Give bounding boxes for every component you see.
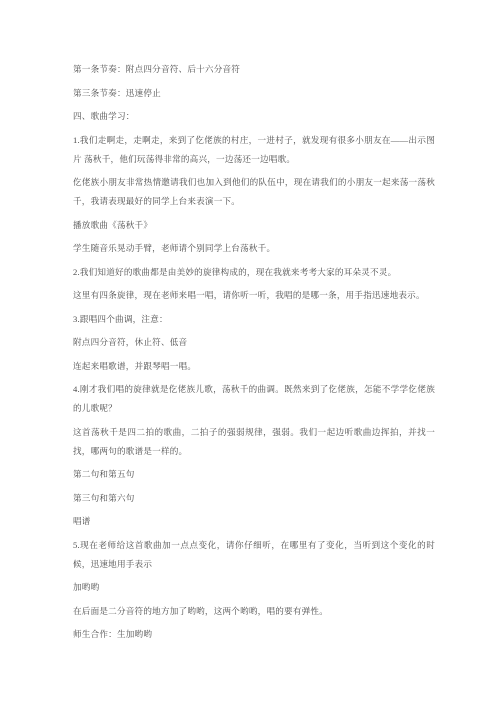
step-3-sing-along: 3.跟唱四个曲调，注意： bbox=[73, 310, 435, 329]
melody-listening-task: 这里有四条旋律，现在老师来唱一唱，请你听一听，我唱的是哪一条，用手指迅速地表示。 bbox=[73, 286, 435, 305]
sing-notation-label: 唱谱 bbox=[73, 512, 435, 531]
step-4-gelao-song-intro: 4.刚才我们唱的旋律就是仡佬族儿歌，荡秋千的曲调。既然来到了仡佬族，怎能不学学仡… bbox=[73, 380, 435, 418]
section-heading-song-learning: 四、歌曲学习： bbox=[73, 107, 435, 126]
step-2-melody-intro: 2.我们知道好的歌曲都是由美妙的旋律构成的，现在我就来考考大家的耳朵灵不灵。 bbox=[73, 263, 435, 282]
answer-phrase-2-and-5: 第二句和第五句 bbox=[73, 465, 435, 484]
rhythm-line-first: 第一条节奏：附点四分音符、后十六分音符 bbox=[73, 60, 435, 79]
answer-phrase-3-and-6: 第三句和第六句 bbox=[73, 489, 435, 508]
teacher-student-cooperation: 师生合作：生加哟哟 bbox=[73, 625, 435, 644]
sing-score-with-piano: 连起来唱歌谱，并跟琴唱一唱。 bbox=[73, 357, 435, 376]
notation-attention-points: 附点四分音符，休止符、低音 bbox=[73, 333, 435, 352]
document-page: 第一条节奏：附点四分音符、后十六分音符 第三条节奏：迅速停止 四、歌曲学习： 1… bbox=[0, 0, 500, 707]
lesson-plan-text-block: 第一条节奏：附点四分音符、后十六分音符 第三条节奏：迅速停止 四、歌曲学习： 1… bbox=[73, 60, 435, 644]
step-1-invitation: 仡佬族小朋友非常热情邀请我们也加入到他们的队伍中，现在请我们的小朋友一起来荡一荡… bbox=[73, 173, 435, 211]
step-1-narration: 1.我们走啊走，走啊走，来到了仡佬族的村庄，一进村子，就发现有很多小朋友在——出… bbox=[73, 131, 435, 169]
student-activity-note: 学生随音乐晃动手臂，老师请个别同学上台荡秋千。 bbox=[73, 239, 435, 258]
meter-and-find-same-phrases: 这首荡秋千是四二拍的歌曲，二拍子的强弱规律，强弱。我们一起边听歌曲边挥拍，并找一… bbox=[73, 423, 435, 461]
add-yoyo-label: 加哟哟 bbox=[73, 578, 435, 597]
yoyo-explanation: 在后面是二分音符的地方加了哟哟，这两个哟哟，唱的要有弹性。 bbox=[73, 602, 435, 621]
rhythm-line-third: 第三条节奏：迅速停止 bbox=[73, 84, 435, 103]
play-song-instruction: 播放歌曲《荡秋千》 bbox=[73, 216, 435, 235]
step-5-variation-listening: 5.现在老师给这首歌曲加一点点变化，请你仔细听，在哪里有了变化，当听到这个变化的… bbox=[73, 536, 435, 574]
